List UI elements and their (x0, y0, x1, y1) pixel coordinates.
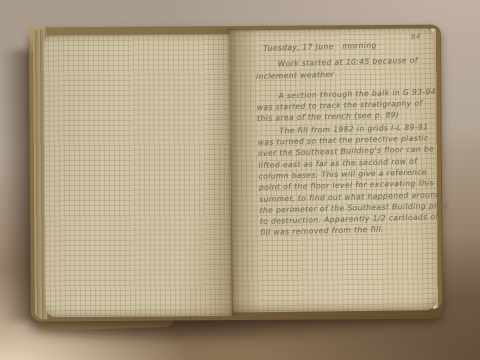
handwriting-block: Tuesday, 17 June morning Work started at… (255, 38, 436, 238)
paragraph: The fill from 1982 in grids I-L 89-91 wa… (257, 121, 436, 239)
photo-scene: 84 Tuesday, 17 June morning Work started… (0, 0, 480, 360)
left-page (43, 34, 232, 317)
notebook: 84 Tuesday, 17 June morning Work started… (0, 0, 480, 360)
paragraph: Work started at 10:45 because of incleme… (255, 55, 432, 82)
paragraph: A section through the balk in G 93-94 wa… (256, 86, 433, 124)
